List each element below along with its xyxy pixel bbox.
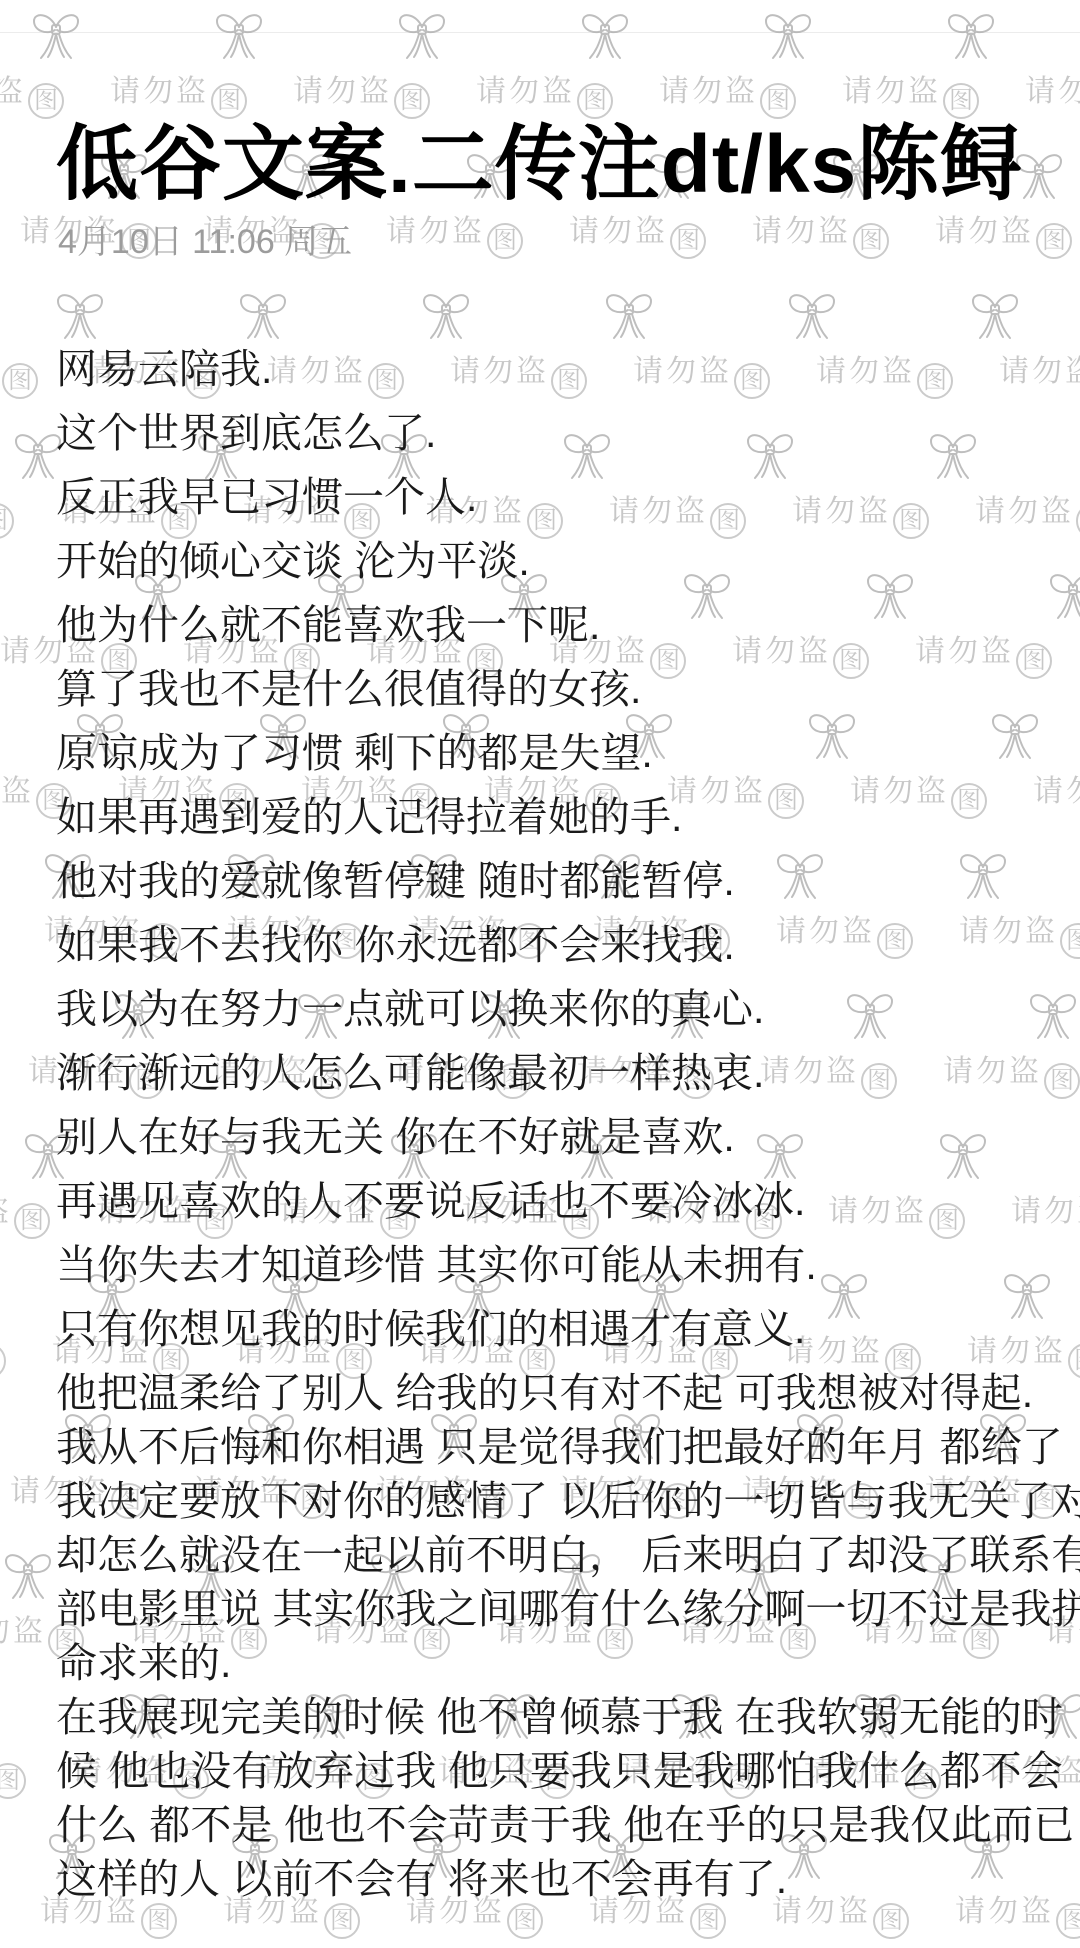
note-line: 他为什么就不能喜欢我一下呢. (56, 598, 1060, 652)
note-line: 如果我不去找你 你永远都不会来找我. (56, 918, 1060, 972)
watermark-text-circled: 图 (28, 83, 64, 119)
watermark-text-circled: 图 (577, 83, 613, 119)
ribbon-bow-icon (577, 6, 633, 62)
note-line: 开始的倾心交谈 沦为平淡. (56, 534, 1060, 588)
note-line: 他把温柔给了别人 给我的只有对不起 可我想被对得起. (56, 1366, 1060, 1420)
watermark-text-circled: 图 (943, 83, 979, 119)
note-line: 他对我的爱就像暂停键 随时都能暂停. (56, 854, 1060, 908)
note-line: 算了我也不是什么很值得的女孩. (56, 662, 1060, 716)
watermark-text-circled: 图 (324, 1903, 360, 1939)
note-line: 我决定要放下对你的感情了 以后你的一切皆与我无关了对 (56, 1474, 1060, 1528)
note-line: 当你失去才知道珍惜 其实你可能从未拥有. (56, 1238, 1060, 1292)
note-line: 别人在好与我无关 你在不好就是喜欢. (56, 1110, 1060, 1164)
note-content: 低谷文案.二传注dt/ks陈鲟 4月10日 11:06 周五 网易云陪我.这个世… (0, 124, 1080, 1906)
watermark-text: 请勿盗图 (0, 72, 64, 119)
note-line: 在我展现完美的时候 他不曾倾慕于我 在我软弱无能的时 (56, 1690, 1060, 1744)
ribbon-bow-icon (760, 6, 816, 62)
watermark-text-prefix: 请勿盗 (110, 75, 209, 108)
watermark-text-circled: 图 (394, 83, 430, 119)
watermark-text-circled: 图 (760, 83, 796, 119)
note-line: 如果再遇到爱的人记得拉着她的手. (56, 790, 1060, 844)
watermark-text: 请勿盗图 (1025, 72, 1080, 119)
ribbon-bow-icon (211, 6, 267, 62)
note-line: 却怎么就没在一起以前不明白， 后来明白了却没了联系有 (56, 1528, 1060, 1582)
note-line: 部电影里说 其实你我之间哪有什么缘分啊一切不过是我拼 (56, 1582, 1060, 1636)
note-line: 这个世界到底怎么了. (56, 406, 1060, 460)
watermark-text-prefix: 请勿盗 (0, 75, 26, 108)
note-date: 4月10日 11:06 周五 (58, 222, 1060, 262)
note-line: 这样的人 以前不会有 将来也不会再有了. (56, 1852, 1060, 1906)
note-line: 原谅成为了习惯 剩下的都是失望. (56, 726, 1060, 780)
watermark-text-circled: 图 (873, 1903, 909, 1939)
watermark-text: 请勿盗图 (659, 72, 796, 119)
note-line: 网易云陪我. (56, 342, 1060, 396)
note-line: 命求来的. (56, 1636, 1060, 1690)
note-page: 请勿盗图 请勿盗图 请勿盗图 请勿盗图 请勿盗图 (0, 0, 1080, 1948)
watermark-text-prefix: 请勿盗 (842, 75, 941, 108)
ribbon-bow-icon (394, 6, 450, 62)
watermark-text-prefix: 请勿盗 (1025, 75, 1080, 108)
note-line: 再遇见喜欢的人不要说反话也不要冷冰冰. (56, 1174, 1060, 1228)
watermark-text-prefix: 请勿盗 (293, 75, 392, 108)
ribbon-bow-icon (943, 6, 999, 62)
ribbon-bow-icon (28, 6, 84, 62)
note-body[interactable]: 网易云陪我.这个世界到底怎么了.反正我早已习惯一个人.开始的倾心交谈 沦为平淡.… (56, 342, 1060, 1906)
watermark-text: 请勿盗图 (842, 72, 979, 119)
watermark-text: 请勿盗图 (293, 72, 430, 119)
note-line: 渐行渐远的人怎么可能像最初一样热衷. (56, 1046, 1060, 1100)
watermark-text-circled: 图 (1056, 1903, 1080, 1939)
note-line: 什么 都不是 他也不会苛责于我 他在乎的只是我仅此而已 (56, 1798, 1060, 1852)
watermark-text-prefix: 请勿盗 (476, 75, 575, 108)
note-line: 我从不后悔和你相遇 只是觉得我们把最好的年月 都给了 (56, 1420, 1060, 1474)
watermark-text-circled: 图 (211, 83, 247, 119)
note-line: 候 他也没有放弃过我 他只要我只是我哪怕我什么都不会 (56, 1744, 1060, 1798)
note-line: 只有你想见我的时候我们的相遇才有意义. (56, 1302, 1060, 1356)
watermark-text-circled: 图 (507, 1903, 543, 1939)
watermark-text: 请勿盗图 (110, 72, 247, 119)
note-title[interactable]: 低谷文案.二传注dt/ks陈鲟 (56, 124, 1060, 206)
note-line: 我以为在努力一点就可以换来你的真心. (56, 982, 1060, 1036)
watermark-text-prefix: 请勿盗 (659, 75, 758, 108)
watermark-text-circled: 图 (690, 1903, 726, 1939)
watermark-text-circled: 图 (141, 1903, 177, 1939)
watermark-text: 请勿盗图 (476, 72, 613, 119)
top-divider (0, 32, 1080, 33)
note-line: 反正我早已习惯一个人. (56, 470, 1060, 524)
